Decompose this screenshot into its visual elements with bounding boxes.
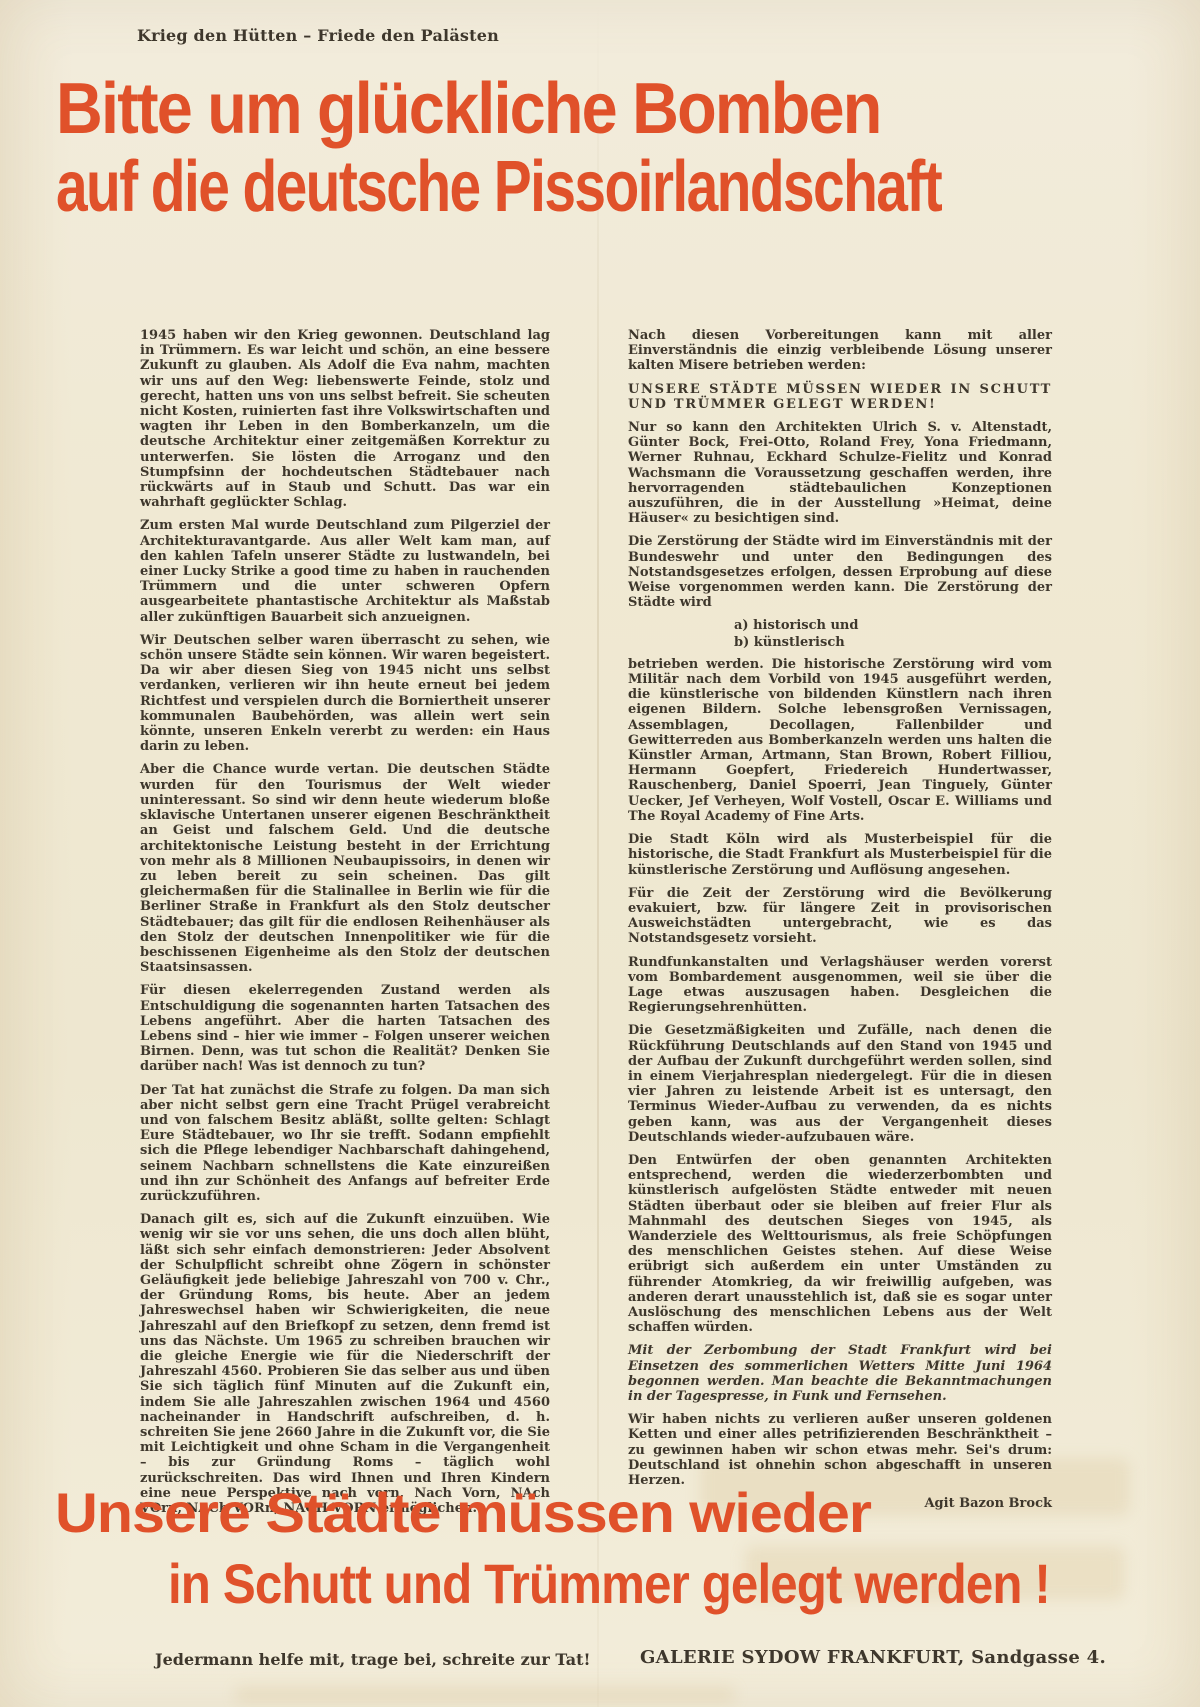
list-item: b) künstlerisch [628,635,1052,650]
paragraph: Die Zerstörung der Städte wird im Einver… [628,534,1052,610]
paragraph-italic: Mit der Zerbombung der Stadt Frankfurt w… [628,1343,1052,1404]
paragraph: Zum ersten Mal wurde Deutschland zum Pil… [140,518,550,624]
paragraph: Danach gilt es, sich auf die Zukunft ein… [140,1212,550,1516]
poster-page: Krieg den Hütten – Friede den Palästen B… [0,0,1200,1707]
paragraph: Nur so kann den Architekten Ulrich S. v.… [628,420,1052,526]
paragraph: 1945 haben wir den Krieg gewonnen. Deuts… [140,328,550,510]
bottom-slogan-line-2: in Schutt und Trümmer gelegt werden ! [168,1551,1050,1616]
paragraph: Der Tat hat zunächst die Strafe zu folge… [140,1083,550,1205]
paragraph: Nach diesen Vorbereitungen kann mit alle… [628,328,1052,374]
poster-title-line-1: Bitte um glückliche Bomben [56,70,1064,148]
paragraph: Die Stadt Köln wird als Musterbeispiel f… [628,832,1052,878]
footer-call-to-action: Jedermann helfe mit, trage bei, schreite… [155,1650,591,1669]
bottom-slogan-line-1: Unsere Städte müssen wieder [55,1480,871,1545]
column-heading: UNSERE STÄDTE MÜSSEN WIEDER IN SCHUTT UN… [628,382,1052,412]
paragraph: Für die Zeit der Zerstörung wird die Bev… [628,886,1052,947]
footer-gallery-address: GALERIE SYDOW FRANKFURT, Sandgasse 4. [640,1647,1106,1668]
paper-showthrough-mark [235,1687,735,1702]
list-item: a) historisch und [628,618,1052,633]
paragraph: Wir haben nichts zu verlieren außer unse… [628,1412,1052,1488]
paragraph: Wir Deutschen selber waren überrascht zu… [140,633,550,755]
center-fold-line [597,0,599,1707]
paragraph: betrieben werden. Die historische Zerstö… [628,657,1052,824]
poster-title: Bitte um glückliche Bomben auf die deuts… [56,70,1176,226]
paragraph: Rundfunkanstalten und Verlagshäuser werd… [628,955,1052,1016]
left-column: 1945 haben wir den Krieg gewonnen. Deuts… [140,328,550,1524]
poster-title-line-2: auf die deutsche Pissoirlandschaft [56,148,941,226]
paragraph: Aber die Chance wurde vertan. Die deutsc… [140,762,550,975]
poster-tagline: Krieg den Hütten – Friede den Palästen [137,26,499,45]
paragraph: Den Entwürfen der oben genannten Archite… [628,1153,1052,1335]
right-column: Nach diesen Vorbereitungen kann mit alle… [628,328,1052,1511]
paragraph: Die Gesetzmäßigkeiten und Zufälle, nach … [628,1023,1052,1145]
paragraph: Für diesen ekelerregenden Zustand werden… [140,983,550,1074]
